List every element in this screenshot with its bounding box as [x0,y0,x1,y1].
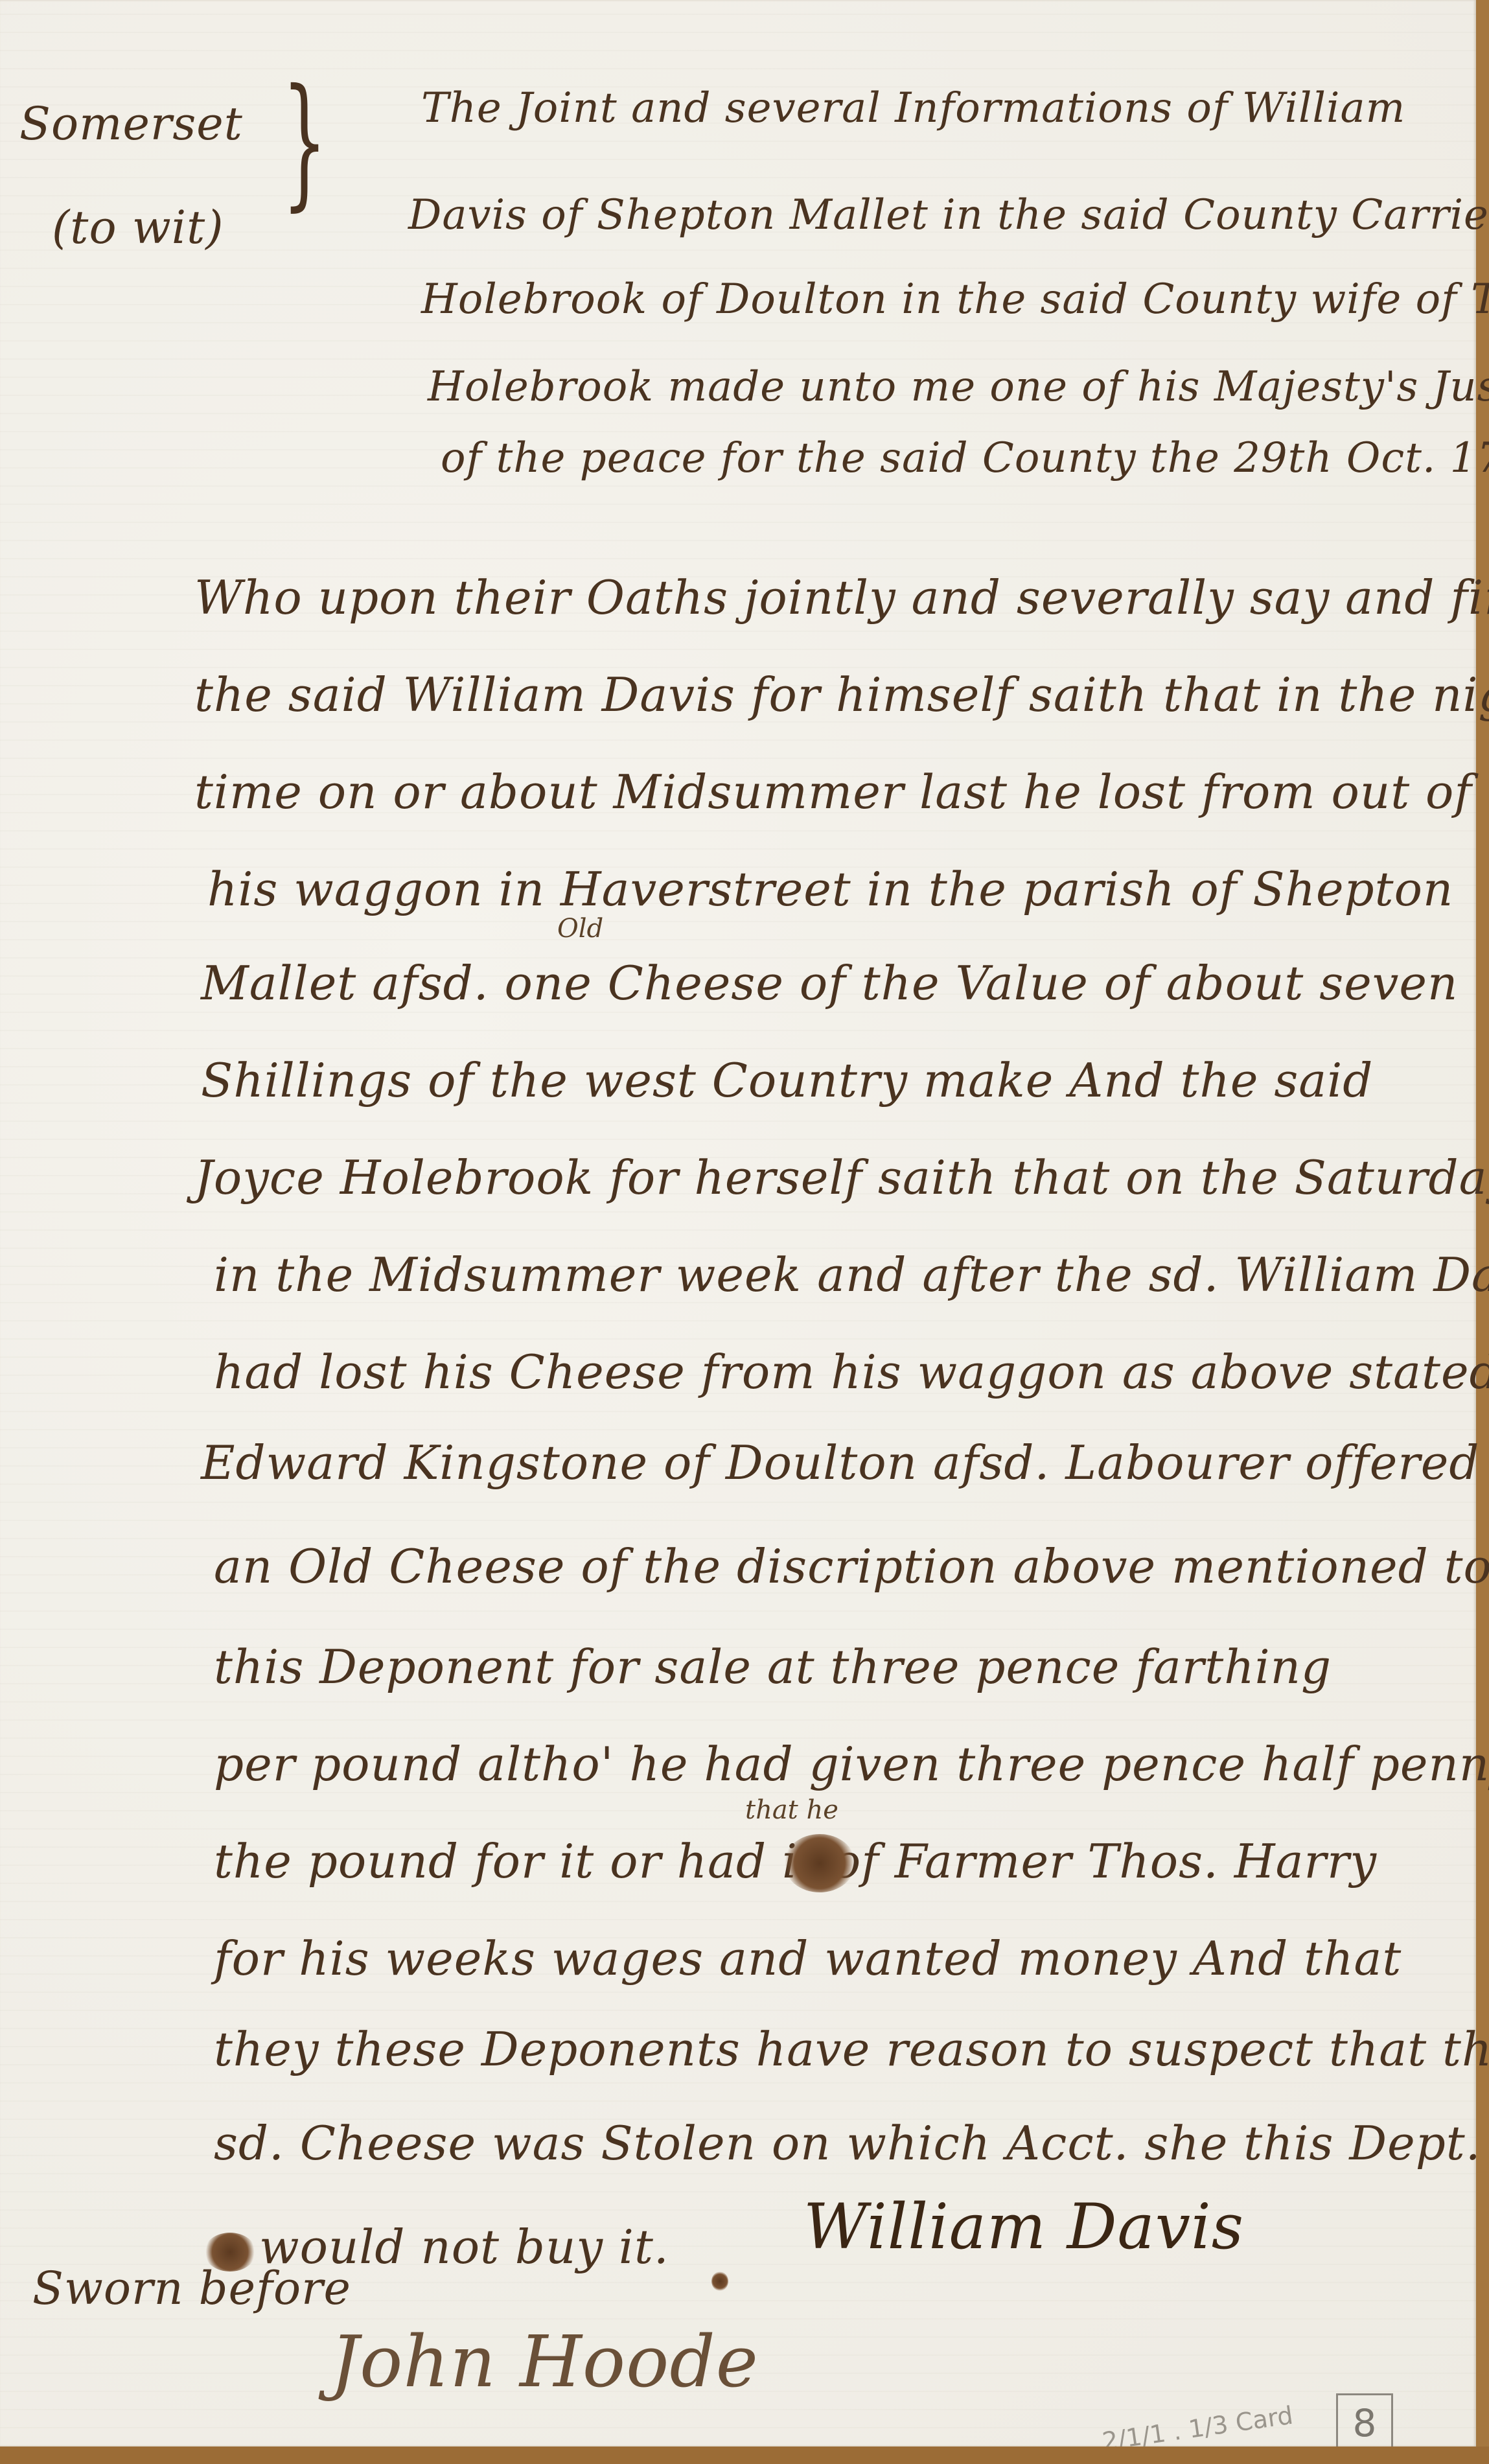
body-line-15: for his weeks wages and wanted money And… [214,1931,1402,1986]
interlineation-old: Old [557,914,603,944]
body-line-10: Edward Kingstone of Doulton afsd. Labour… [201,1435,1480,1490]
margin-to-wit: (to wit) [52,201,224,254]
body-line-9: had lost his Cheese from his waggon as a… [214,1345,1489,1399]
interlineation-that-he: that he [745,1795,838,1825]
ink-blot [784,1834,855,1892]
manuscript-page: Somerset } (to wit) The Joint and severa… [0,0,1476,2447]
heading-line-4: Holebrook made unto me one of his Majest… [428,363,1489,411]
body-line-17: sd. Cheese was Stolen on which Acct. she… [214,2116,1481,2170]
folio-number: 8 [1336,2393,1393,2453]
body-line-16: they these Deponents have reason to susp… [214,2022,1489,2076]
body-line-2: the said William Davis for himself saith… [194,668,1489,722]
heading-line-1: The Joint and several Informations of Wi… [421,84,1405,132]
folio-number-text: 8 [1353,2401,1377,2445]
body-line-3: time on or about Midsummer last he lost … [194,765,1472,819]
margin-county: Somerset [19,97,243,150]
body-line-13: per pound altho' he had given three penc… [214,1737,1489,1791]
ink-dot [711,2272,728,2291]
heading-line-2: Davis of Shepton Mallet in the said Coun… [408,191,1489,239]
signature-william-davis: William Davis [803,2191,1244,2263]
body-line-7: Joyce Holebrook for herself saith that o… [194,1150,1489,1205]
body-line-5: Mallet afsd. one Cheese of the Value of … [201,956,1458,1010]
body-line-12: this Deponent for sale at three pence fa… [214,1640,1332,1694]
backing-edge [0,2447,1489,2464]
margin-brace: } [282,58,327,224]
body-line-6: Shillings of the west Country make And t… [201,1053,1373,1108]
heading-line-3: Holebrook of Doulton in the said County … [421,275,1489,323]
body-line-11: an Old Cheese of the discription above m… [214,1539,1489,1594]
body-line-8: in the Midsummer week and after the sd. … [214,1248,1489,1302]
sworn-before-label: Sworn before [32,2262,351,2315]
body-line-4: his waggon in Haverstreet in the parish … [207,862,1453,916]
heading-line-5: of the peace for the said County the 29t… [441,434,1489,482]
signature-john-hoode: John Hoode [330,2320,759,2403]
body-line-1: Who upon their Oaths jointly and several… [194,570,1489,625]
